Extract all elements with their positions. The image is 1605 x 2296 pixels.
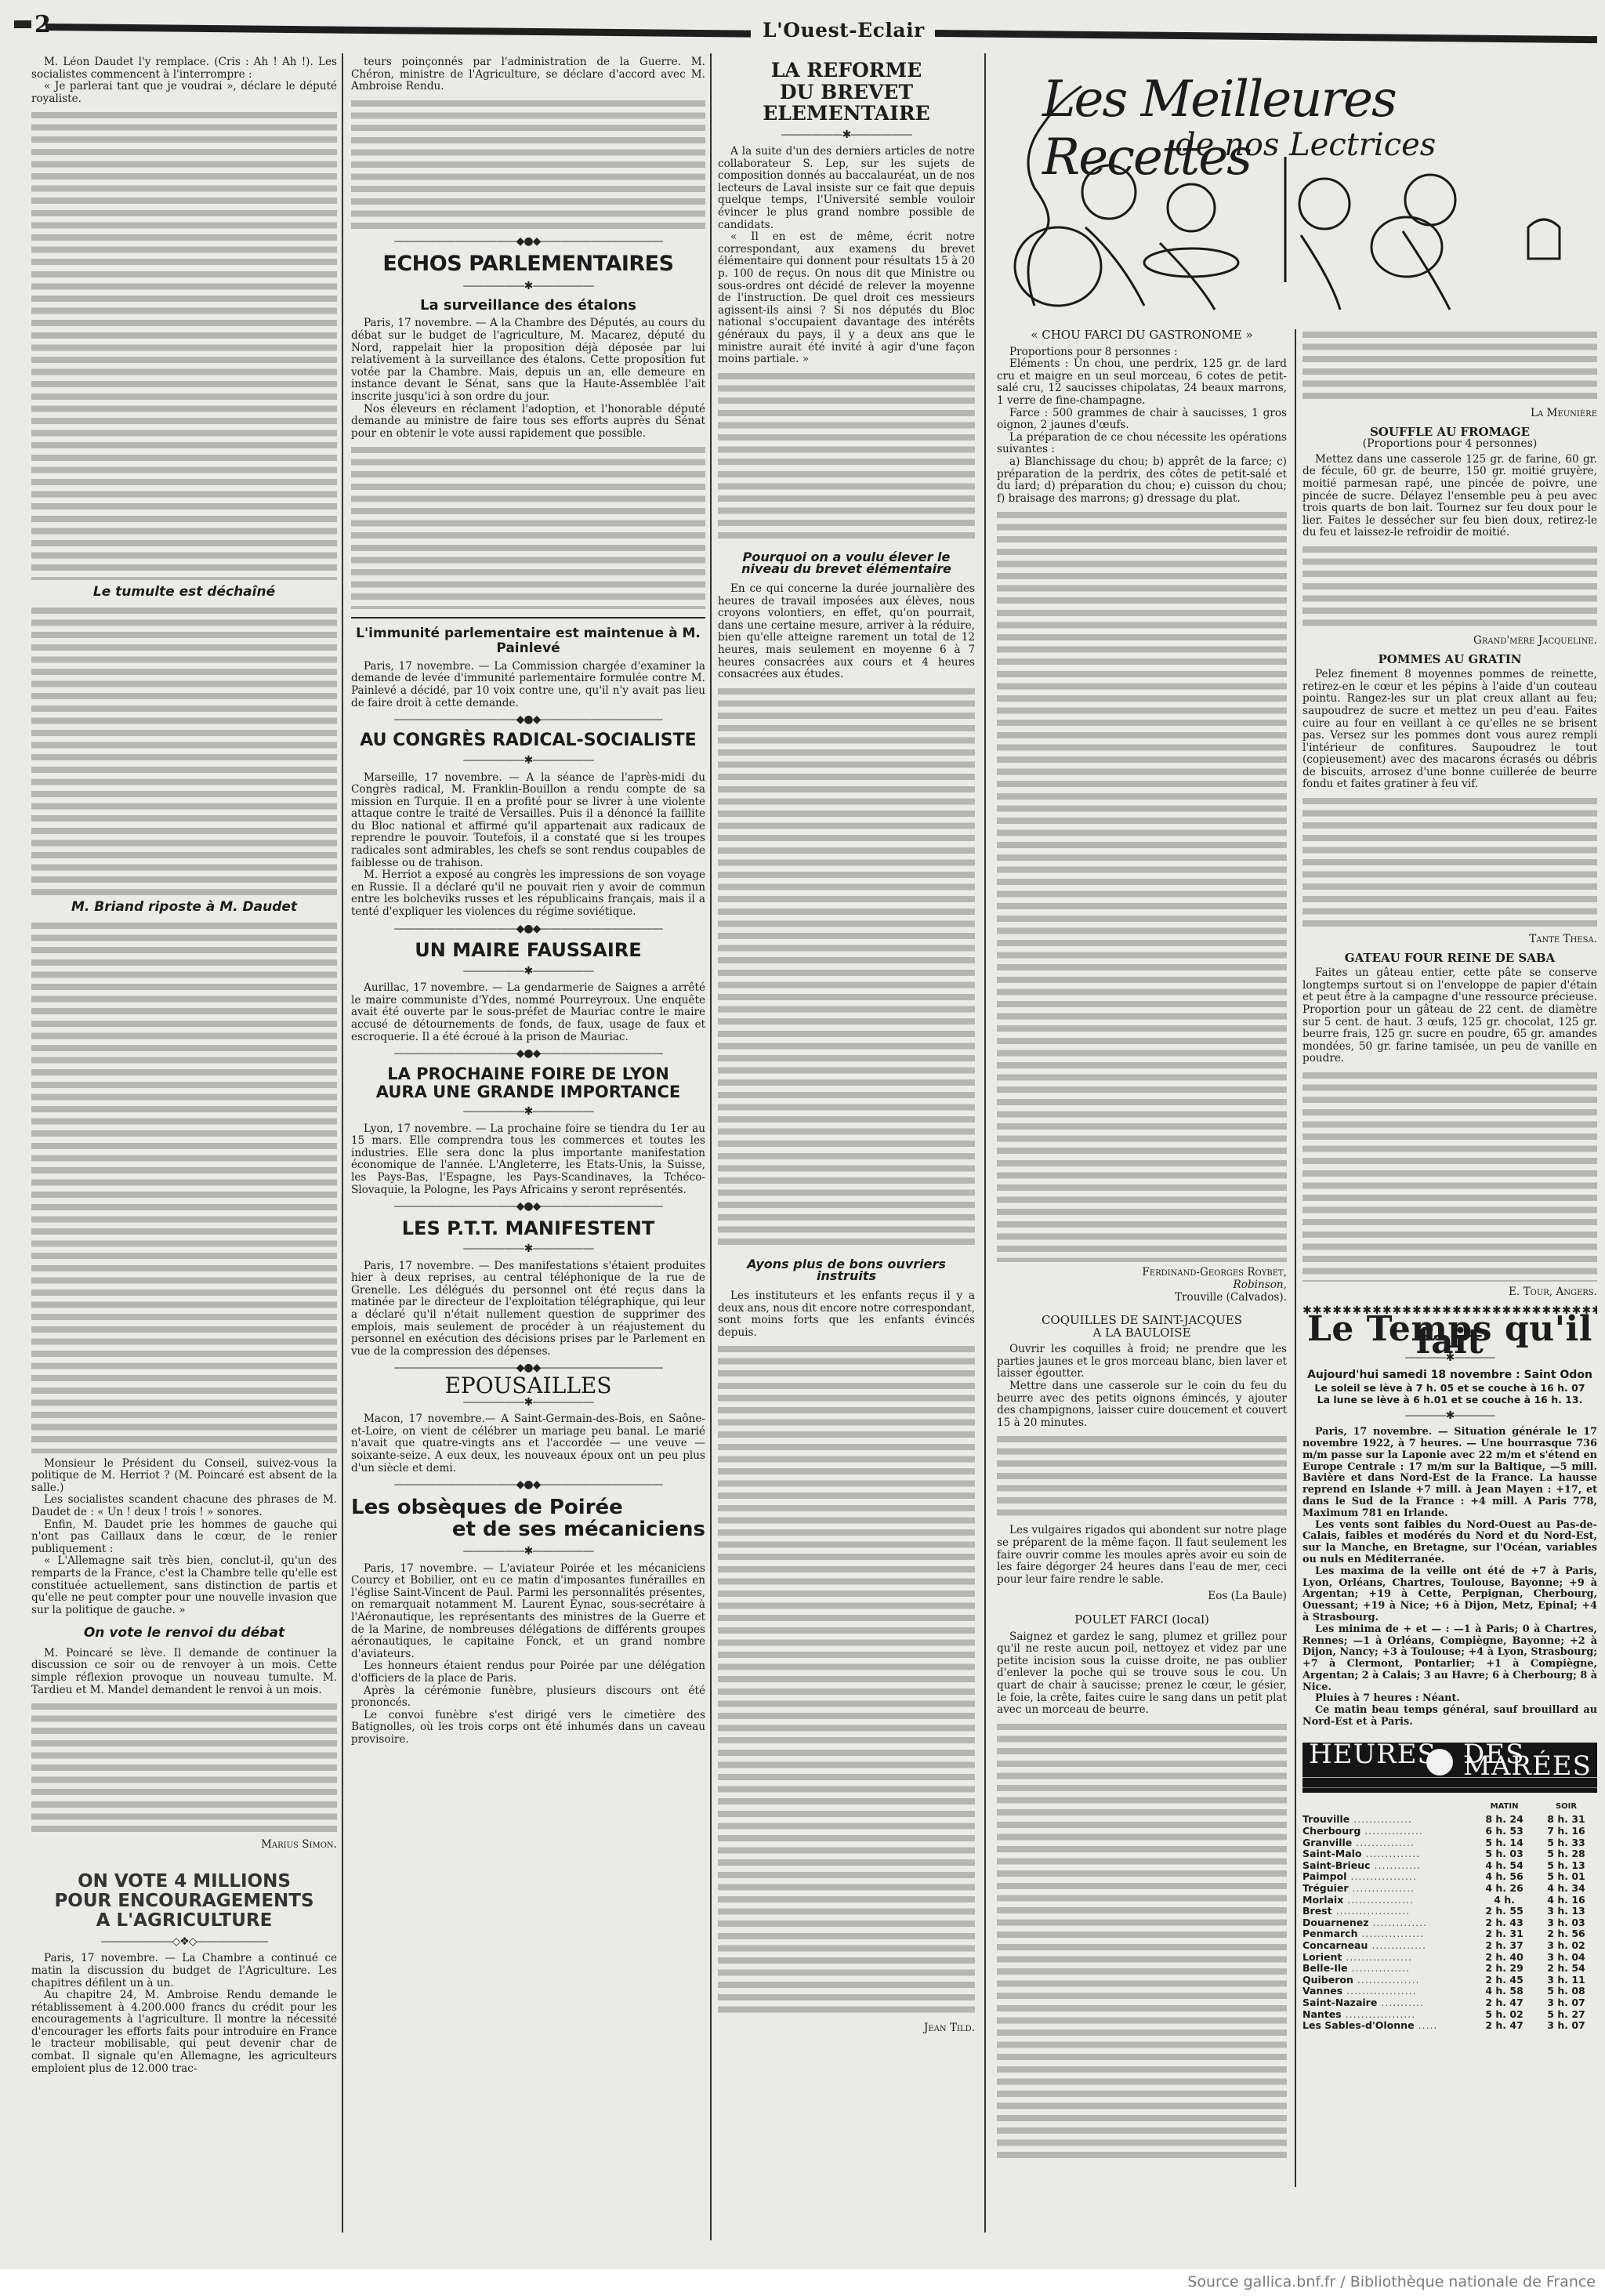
page-number-bar bbox=[14, 20, 31, 28]
headline-agriculture: ON VOTE 4 MILLIONS POUR ENCOURAGEMENTS A… bbox=[31, 1872, 337, 1931]
paragraph: Mettez dans une casserole 125 gr. de far… bbox=[1302, 454, 1597, 539]
leader-dots: ................ bbox=[1357, 1928, 1424, 1939]
paragraph: Eléments : Un chou, une perdrix, 125 gr.… bbox=[997, 358, 1287, 407]
tide-morning: 2 h. 43 bbox=[1473, 1917, 1535, 1929]
table-row: Vannes ..................4 h. 585 h. 08 bbox=[1302, 1986, 1597, 1997]
headline-line: et de ses mécaniciens bbox=[351, 1518, 705, 1541]
paragraph: Mettre dans une casserole sur le coin du… bbox=[997, 1380, 1287, 1429]
leader-dots: ........... bbox=[1377, 1997, 1424, 2008]
signature-chou: Ferdinand-Georges Roybet, Robinson, Trou… bbox=[997, 1267, 1287, 1304]
table-row: Granville ...............5 h. 145 h. 33 bbox=[1302, 1837, 1597, 1849]
body-text-filler bbox=[31, 110, 337, 580]
newspaper-title: L'Ouest-Eclair bbox=[763, 19, 925, 42]
paragraph: En ce qui concerne la durée journalière … bbox=[718, 583, 975, 681]
masthead: 2 L'Ouest-Eclair bbox=[14, 11, 1597, 45]
table-row: Paimpol .................4 h. 565 h. 01 bbox=[1302, 1871, 1597, 1883]
paragraph: Paris, 17 novembre. — L'aviateur Poirée … bbox=[351, 1563, 705, 1661]
masthead-rule-right bbox=[935, 30, 1597, 43]
tide-morning: 8 h. 24 bbox=[1473, 1814, 1535, 1826]
paragraph: La préparation de ce chou nécessite les … bbox=[997, 432, 1287, 456]
headline-line: LA PROCHAINE FOIRE DE LYON bbox=[351, 1065, 705, 1083]
leader-dots: ................. bbox=[1342, 1952, 1412, 1963]
tides-header-row: MATIN SOIR bbox=[1302, 1801, 1597, 1815]
paragraph: Ce matin beau temps général, sauf brouil… bbox=[1302, 1705, 1597, 1728]
leader-dots: .............. bbox=[1362, 1848, 1421, 1859]
column-recipes-2: La Meunière SOUFFLE AU FROMAGE (Proporti… bbox=[1302, 329, 1597, 2032]
tide-morning: 4 h. 58 bbox=[1473, 1986, 1535, 1997]
paragraph: Pelez finement 8 moyennes pommes de rein… bbox=[1302, 669, 1597, 791]
leader-dots: ................. bbox=[1343, 1895, 1414, 1906]
body-text-filler bbox=[31, 1701, 337, 1834]
tide-morning: 2 h. 47 bbox=[1473, 1997, 1535, 2009]
signature-line: Robinson, bbox=[997, 1279, 1287, 1292]
ornament-divider: ——————✱—————— bbox=[351, 966, 705, 978]
tide-morning: 2 h. 29 bbox=[1473, 1963, 1535, 1975]
column-echos: teurs poinçonnés par l'administration de… bbox=[351, 56, 705, 1746]
ornament-divider: ——————✱—————— bbox=[718, 129, 975, 142]
subheading-tumulte: Le tumulte est déchaîné bbox=[31, 586, 337, 599]
tide-port: Douarnenez .............. bbox=[1302, 1917, 1473, 1929]
paragraph: Les honneurs étaient rendus pour Poirée … bbox=[351, 1660, 705, 1685]
ornament-divider: ————————————◆●◆———————————— bbox=[351, 923, 705, 936]
column-divider bbox=[1295, 329, 1296, 2187]
tide-evening: 5 h. 28 bbox=[1535, 1848, 1597, 1860]
weather-day: Aujourd'hui samedi 18 novembre : Saint O… bbox=[1302, 1369, 1597, 1382]
paragraph: « Je parlerai tant que je voudrai », déc… bbox=[31, 81, 337, 105]
table-row: Lorient .................2 h. 403 h. 04 bbox=[1302, 1952, 1597, 1964]
tide-port: Vannes .................. bbox=[1302, 1986, 1473, 1997]
ornament-divider: ————————————◆●◆———————————— bbox=[351, 236, 705, 248]
port-name: Saint-Malo bbox=[1302, 1848, 1362, 1859]
tides-banner: HEURES DES MARÉES bbox=[1302, 1743, 1597, 1793]
paragraph: M. Poincaré se lève. Il demande de conti… bbox=[31, 1648, 337, 1696]
table-row: Trouville ...............8 h. 248 h. 31 bbox=[1302, 1814, 1597, 1826]
port-name: Les Sables-d'Olonne bbox=[1302, 2020, 1415, 2031]
leader-dots: .............. bbox=[1368, 1940, 1426, 1951]
tide-evening: 3 h. 03 bbox=[1535, 1917, 1597, 1929]
tide-port: Brest ................... bbox=[1302, 1906, 1473, 1917]
banner-subtitle: de nos Lectrices bbox=[1176, 127, 1436, 163]
body-text-filler bbox=[351, 444, 705, 609]
tide-port: Trouville ............... bbox=[1302, 1814, 1473, 1826]
signature-coquilles: Eos (La Baule) bbox=[997, 1591, 1287, 1603]
ornament-divider: ——————✱—————— bbox=[351, 1397, 705, 1409]
table-row: Belle-Ile ...............2 h. 292 h. 54 bbox=[1302, 1963, 1597, 1975]
tide-evening: 4 h. 34 bbox=[1535, 1883, 1597, 1895]
body-text-filler bbox=[997, 1434, 1287, 1520]
tide-port: Tréguier ................ bbox=[1302, 1883, 1473, 1895]
tide-morning: 4 h. 56 bbox=[1473, 1871, 1535, 1883]
port-name: Brest bbox=[1302, 1906, 1332, 1917]
leader-dots: ............... bbox=[1350, 1814, 1412, 1825]
tide-port: Lorient ................. bbox=[1302, 1952, 1473, 1964]
table-row: Tréguier ................4 h. 264 h. 34 bbox=[1302, 1883, 1597, 1895]
signature: E. Tour, Angers. bbox=[1302, 1286, 1597, 1299]
signature: Tante Thesa. bbox=[1302, 934, 1597, 946]
ornament-divider: ————————————◆●◆———————————— bbox=[351, 1048, 705, 1061]
signature-line: Ferdinand-Georges Roybet, bbox=[997, 1267, 1287, 1279]
subheading-etalons: La surveillance des étalons bbox=[351, 298, 705, 314]
tide-evening: 4 h. 16 bbox=[1535, 1895, 1597, 1906]
paragraph: Faites un gâteau entier, cette pâte se c… bbox=[1302, 967, 1597, 1065]
column-divider bbox=[342, 53, 343, 2233]
headline-ptt: LES P.T.T. MANIFESTENT bbox=[351, 1218, 705, 1239]
leader-dots: ............... bbox=[1360, 1826, 1423, 1837]
signature-line: Trouville (Calvados). bbox=[997, 1292, 1287, 1304]
column-header bbox=[1302, 1801, 1473, 1815]
paragraph: Les instituteurs et les enfants reçus il… bbox=[718, 1290, 975, 1339]
headline-maire: UN MAIRE FAUSSAIRE bbox=[351, 940, 705, 960]
divider bbox=[351, 617, 705, 618]
paragraph: Les minima de + et — : —1 à Paris; 0 à C… bbox=[1302, 1624, 1597, 1694]
paragraph: Après la cérémonie funèbre, plusieurs di… bbox=[351, 1685, 705, 1710]
body-text-filler bbox=[997, 1721, 1287, 2160]
tide-port: Penmarch ................ bbox=[1302, 1928, 1473, 1940]
recipe-title-chou: « CHOU FARCI DU GASTRONOME » bbox=[997, 329, 1287, 342]
tide-evening: 3 h. 07 bbox=[1535, 2020, 1597, 2032]
tide-morning: 2 h. 47 bbox=[1473, 2020, 1535, 2032]
paragraph: a) Blanchissage du chou; b) apprêt de la… bbox=[997, 456, 1287, 505]
table-row: Saint-Brieuc ............4 h. 545 h. 13 bbox=[1302, 1860, 1597, 1872]
headline-line: A L'AGRICULTURE bbox=[31, 1911, 337, 1931]
tide-morning: 4 h. bbox=[1473, 1895, 1535, 1906]
tide-evening: 5 h. 33 bbox=[1535, 1837, 1597, 1849]
tide-port: Cherbourg ............... bbox=[1302, 1826, 1473, 1837]
recipe-subtitle-souffle: (Proportions pour 4 personnes) bbox=[1302, 438, 1597, 451]
paragraph: Les vents sont faibles du Nord-Ouest au … bbox=[1302, 1520, 1597, 1566]
tide-port: Belle-Ile ............... bbox=[1302, 1963, 1473, 1975]
weather-bulletin: Paris, 17 novembre. — Situation générale… bbox=[1302, 1427, 1597, 1728]
ornament-divider: ————✱———— bbox=[1302, 1410, 1597, 1423]
column-parliament-debate: M. Léon Daudet l'y remplace. (Cris : Ah … bbox=[31, 56, 337, 2075]
table-row: Morlaix .................4 h.4 h. 16 bbox=[1302, 1895, 1597, 1906]
body-text-filler bbox=[997, 510, 1287, 1262]
sun-icon bbox=[1426, 1749, 1453, 1776]
tide-morning: 2 h. 31 bbox=[1473, 1928, 1535, 1940]
table-row: Concarneau ..............2 h. 373 h. 02 bbox=[1302, 1940, 1597, 1952]
tide-evening: 5 h. 27 bbox=[1535, 2009, 1597, 2021]
ornament-divider: ——————✱—————— bbox=[351, 1546, 705, 1558]
port-name: Trouville bbox=[1302, 1814, 1350, 1825]
leader-dots: ................ bbox=[1349, 1883, 1415, 1894]
tides-table: MATIN SOIR Trouville ...............8 h.… bbox=[1302, 1801, 1597, 2032]
column-brevet: LA REFORME DU BREVET ELEMENTAIRE ——————✱… bbox=[718, 56, 975, 2041]
paragraph: Pluies à 7 heures : Néant. bbox=[1302, 1693, 1597, 1705]
tide-port: Les Sables-d'Olonne ..... bbox=[1302, 2020, 1473, 2032]
tide-evening: 3 h. 11 bbox=[1535, 1975, 1597, 1986]
paragraph: Les vulgaires rigados qui abondent sur n… bbox=[997, 1525, 1287, 1586]
paragraph: Saignez et gardez le sang, plumez et gri… bbox=[997, 1631, 1287, 1717]
subheading-renvoi: On vote le renvoi du débat bbox=[31, 1627, 337, 1640]
tide-morning: 5 h. 14 bbox=[1473, 1837, 1535, 1849]
port-name: Penmarch bbox=[1302, 1928, 1357, 1939]
tide-port: Granville ............... bbox=[1302, 1837, 1473, 1849]
body-text-filler bbox=[718, 371, 975, 543]
tide-port: Quiberon ................ bbox=[1302, 1975, 1473, 1986]
recipe-title-coquilles: COQUILLES DE SAINT-JACQUES A LA BAULOISE bbox=[997, 1315, 1287, 1339]
body-text-filler bbox=[351, 98, 705, 231]
paragraph: Macon, 17 novembre.— A Saint-Germain-des… bbox=[351, 1413, 705, 1474]
tides-banner-right: DES MARÉES bbox=[1463, 1749, 1597, 1773]
port-name: Saint-Nazaire bbox=[1302, 1997, 1377, 2008]
tides-body: Trouville ...............8 h. 248 h. 31C… bbox=[1302, 1814, 1597, 2031]
tide-morning: 2 h. 37 bbox=[1473, 1940, 1535, 1952]
paragraph: Proportions pour 8 personnes : bbox=[997, 346, 1287, 359]
newspaper-page: 2 L'Ouest-Eclair M. Léon Daudet l'y remp… bbox=[0, 0, 1605, 2269]
tide-port: Nantes .................. bbox=[1302, 2009, 1473, 2021]
port-name: Quiberon bbox=[1302, 1975, 1353, 1986]
body-text-filler bbox=[718, 686, 975, 1250]
headline-echos: ECHOS PARLEMENTAIRES bbox=[351, 252, 705, 276]
tide-morning: 5 h. 03 bbox=[1473, 1848, 1535, 1860]
waves-icon bbox=[1302, 1777, 1597, 1788]
weather-sun: Le soleil se lève à 7 h. 05 et se couche… bbox=[1302, 1382, 1597, 1394]
table-row: Penmarch ................2 h. 312 h. 56 bbox=[1302, 1928, 1597, 1940]
paragraph: Farce : 500 grammes de chair à saucisses… bbox=[997, 408, 1287, 432]
headline-line: POUR ENCOURAGEMENTS bbox=[31, 1892, 337, 1911]
headline-line: LA REFORME bbox=[718, 60, 975, 82]
tide-evening: 3 h. 13 bbox=[1535, 1906, 1597, 1917]
body-text-filler bbox=[1302, 544, 1597, 630]
port-name: Granville bbox=[1302, 1837, 1352, 1848]
port-name: Belle-Ile bbox=[1302, 1963, 1348, 1974]
tide-evening: 2 h. 56 bbox=[1535, 1928, 1597, 1940]
column-divider bbox=[710, 53, 712, 2240]
leader-dots: .............. bbox=[1369, 1917, 1428, 1928]
paragraph: M. Léon Daudet l'y remplace. (Cris : Ah … bbox=[31, 56, 337, 81]
tide-evening: 3 h. 02 bbox=[1535, 1940, 1597, 1952]
tide-evening: 3 h. 04 bbox=[1535, 1952, 1597, 1964]
headline-foire: LA PROCHAINE FOIRE DE LYON AURA UNE GRAN… bbox=[351, 1065, 705, 1101]
tide-evening: 5 h. 08 bbox=[1535, 1986, 1597, 1997]
paragraph: A la suite d'un des derniers articles de… bbox=[718, 146, 975, 231]
weather-title: Le Temps qu'il fait bbox=[1302, 1323, 1597, 1347]
port-name: Douarnenez bbox=[1302, 1917, 1369, 1928]
leader-dots: .................. bbox=[1342, 2009, 1416, 2020]
ornament-divider: ——————✱—————— bbox=[351, 1243, 705, 1256]
tide-port: Saint-Brieuc ............ bbox=[1302, 1860, 1473, 1872]
paragraph: Au chapitre 24, M. Ambroise Rendu demand… bbox=[31, 1990, 337, 2075]
body-text-filler bbox=[31, 920, 337, 1453]
port-name: Concarneau bbox=[1302, 1940, 1368, 1951]
recipe-title-gateau: GATEAU FOUR REINE DE SABA bbox=[1302, 952, 1597, 965]
port-name: Paimpol bbox=[1302, 1871, 1346, 1882]
ornament-divider: ————✱———— bbox=[1302, 1352, 1597, 1365]
port-name: Lorient bbox=[1302, 1952, 1342, 1963]
subheading-ouvriers: Ayons plus de bons ouvriers instruits bbox=[718, 1258, 975, 1282]
ornament-divider: ————————————◆●◆———————————— bbox=[351, 1479, 705, 1492]
table-row: Cherbourg ...............6 h. 537 h. 16 bbox=[1302, 1826, 1597, 1837]
port-name: Tréguier bbox=[1302, 1883, 1349, 1894]
tide-evening: 8 h. 31 bbox=[1535, 1814, 1597, 1826]
recipe-title-souffle: SOUFFLE AU FROMAGE bbox=[1302, 426, 1597, 439]
tide-port: Saint-Malo .............. bbox=[1302, 1848, 1473, 1860]
tide-morning: 2 h. 40 bbox=[1473, 1952, 1535, 1964]
weather-moon: La lune se lève à 6 h.01 et se couche à … bbox=[1302, 1394, 1597, 1406]
ornament-divider: ———————◇❖◇——————— bbox=[31, 1936, 337, 1949]
paragraph: teurs poinçonnés par l'administration de… bbox=[351, 56, 705, 93]
port-name: Vannes bbox=[1302, 1986, 1342, 1997]
body-text-filler bbox=[1302, 329, 1597, 404]
paragraph: Paris, 17 novembre. — La Commission char… bbox=[351, 661, 705, 709]
tide-morning: 4 h. 26 bbox=[1473, 1883, 1535, 1895]
tide-port: Saint-Nazaire ........... bbox=[1302, 1997, 1473, 2009]
column-header: SOIR bbox=[1535, 1801, 1597, 1815]
paragraph: Monsieur le Président du Conseil, suivez… bbox=[31, 1458, 337, 1495]
recipes-illustration: Les Meilleures Recettes de nos Lectrices bbox=[1011, 55, 1599, 314]
ornament-divider: ————————————◆●◆———————————— bbox=[351, 1201, 705, 1213]
headline-line: AURA UNE GRANDE IMPORTANCE bbox=[351, 1083, 705, 1101]
body-text-filler bbox=[31, 605, 337, 895]
paragraph: Les maxima de la veille ont été de +7 à … bbox=[1302, 1566, 1597, 1624]
ornament-divider: ——————✱—————— bbox=[351, 1106, 705, 1119]
leader-dots: ................ bbox=[1353, 1975, 1420, 1986]
table-row: Saint-Nazaire ...........2 h. 473 h. 07 bbox=[1302, 1997, 1597, 2009]
paragraph: Paris, 17 novembre. — A la Chambre des D… bbox=[351, 317, 705, 403]
signature: Jean Tild. bbox=[718, 2022, 975, 2035]
headline-line: DU BREVET ELEMENTAIRE bbox=[718, 82, 975, 125]
subheading-briand: M. Briand riposte à M. Daudet bbox=[31, 901, 337, 914]
source-credit: Source gallica.bnf.fr / Bibliothèque nat… bbox=[1187, 2273, 1596, 2291]
column-recipes-1: « CHOU FARCI DU GASTRONOME » Proportions… bbox=[997, 329, 1287, 2165]
table-row: Douarnenez ..............2 h. 433 h. 03 bbox=[1302, 1917, 1597, 1929]
table-row: Quiberon ................2 h. 453 h. 11 bbox=[1302, 1975, 1597, 1986]
paragraph: Ouvrir les coquilles à froid; ne prendre… bbox=[997, 1344, 1287, 1380]
paragraph: Nos éleveurs en réclament l'adoption, et… bbox=[351, 404, 705, 441]
recipe-title-poulet: POULET FARCI (local) bbox=[997, 1614, 1287, 1627]
paragraph: « Il en est de même, écrit notre corresp… bbox=[718, 231, 975, 366]
leader-dots: ................... bbox=[1332, 1906, 1410, 1917]
tide-morning: 2 h. 55 bbox=[1473, 1906, 1535, 1917]
paragraph: Paris, 17 novembre. — Situation générale… bbox=[1302, 1427, 1597, 1519]
tide-port: Concarneau .............. bbox=[1302, 1940, 1473, 1952]
headline-epousailles: EPOUSAILLES bbox=[351, 1380, 705, 1392]
subheading-painleve: L'immunité parlementaire est maintenue à… bbox=[351, 626, 705, 655]
masthead-rule-left bbox=[45, 24, 751, 38]
body-text-filler bbox=[718, 1344, 975, 2018]
paragraph: Paris, 17 novembre. — Des manifestations… bbox=[351, 1260, 705, 1358]
ornament-divider: ————————————◆●◆———————————— bbox=[351, 714, 705, 727]
paragraph: « L'Allemagne sait très bien, conclut-il… bbox=[31, 1555, 337, 1616]
leader-dots: .................. bbox=[1342, 1986, 1417, 1997]
paragraph: Aurillac, 17 novembre. — La gendarmerie … bbox=[351, 982, 705, 1043]
ornament-divider: ——————✱—————— bbox=[351, 755, 705, 767]
paragraph: Le convoi funèbre s'est dirigé vers le c… bbox=[351, 1710, 705, 1746]
headline-congres: AU CONGRÈS RADICAL-SOCIALISTE bbox=[351, 731, 705, 750]
leader-dots: ..... bbox=[1415, 2020, 1438, 2031]
leader-dots: ............... bbox=[1348, 1963, 1411, 1974]
headline-line: Les obsèques de Poirée bbox=[351, 1496, 705, 1519]
paragraph: Marseille, 17 novembre. — A la séance de… bbox=[351, 772, 705, 870]
tide-port: Paimpol ................. bbox=[1302, 1871, 1473, 1883]
tide-evening: 7 h. 16 bbox=[1535, 1826, 1597, 1837]
signature: Marius Simon. bbox=[31, 1839, 337, 1852]
paragraph: M. Herriot a exposé au congrès les impre… bbox=[351, 869, 705, 918]
headline-poiree: Les obsèques de Poirée et de ses mécanic… bbox=[351, 1496, 705, 1541]
recipe-title-pommes: POMMES AU GRATIN bbox=[1302, 654, 1597, 666]
leader-dots: ................. bbox=[1346, 1871, 1417, 1882]
tide-evening: 5 h. 01 bbox=[1535, 1871, 1597, 1883]
paragraph: Enfin, M. Daudet prie les hommes de gauc… bbox=[31, 1519, 337, 1556]
paragraph: Paris, 17 novembre. — La Chambre a conti… bbox=[31, 1953, 337, 1990]
leader-dots: ............ bbox=[1371, 1860, 1422, 1871]
port-name: Cherbourg bbox=[1302, 1826, 1360, 1837]
table-row: Saint-Malo ..............5 h. 035 h. 28 bbox=[1302, 1848, 1597, 1860]
leader-dots: ............... bbox=[1352, 1837, 1415, 1848]
signature: Grand'mère Jacqueline. bbox=[1302, 635, 1597, 647]
subheading-brevet: Pourquoi on a voulu élever le niveau du … bbox=[718, 551, 975, 575]
body-text-filler bbox=[1302, 1070, 1597, 1282]
table-row: Brest ...................2 h. 553 h. 13 bbox=[1302, 1906, 1597, 1917]
tide-evening: 2 h. 54 bbox=[1535, 1963, 1597, 1975]
tide-morning: 2 h. 45 bbox=[1473, 1975, 1535, 1986]
ornament-divider: ——————✱—————— bbox=[351, 281, 705, 293]
column-header: MATIN bbox=[1473, 1801, 1535, 1815]
headline-line: ON VOTE 4 MILLIONS bbox=[31, 1872, 337, 1892]
signature: La Meunière bbox=[1302, 408, 1597, 420]
title-line: A LA BAULOISE bbox=[997, 1327, 1287, 1340]
tides-banner-left: HEURES bbox=[1309, 1749, 1437, 1761]
port-name: Saint-Brieuc bbox=[1302, 1860, 1371, 1871]
port-name: Nantes bbox=[1302, 2009, 1342, 2020]
table-row: Nantes ..................5 h. 025 h. 27 bbox=[1302, 2009, 1597, 2021]
tide-morning: 6 h. 53 bbox=[1473, 1826, 1535, 1837]
port-name: Morlaix bbox=[1302, 1895, 1343, 1906]
column-divider bbox=[984, 53, 986, 2233]
body-text-filler bbox=[1302, 796, 1597, 929]
tide-morning: 4 h. 54 bbox=[1473, 1860, 1535, 1872]
paragraph: Les socialistes scandent chacune des phr… bbox=[31, 1494, 337, 1518]
paragraph: Lyon, 17 novembre. — La prochaine foire … bbox=[351, 1123, 705, 1197]
tide-morning: 5 h. 02 bbox=[1473, 2009, 1535, 2021]
table-row: Les Sables-d'Olonne .....2 h. 473 h. 07 bbox=[1302, 2020, 1597, 2032]
tide-port: Morlaix ................. bbox=[1302, 1895, 1473, 1906]
tide-evening: 5 h. 13 bbox=[1535, 1860, 1597, 1872]
tide-evening: 3 h. 07 bbox=[1535, 1997, 1597, 2009]
headline-brevet: LA REFORME DU BREVET ELEMENTAIRE bbox=[718, 60, 975, 125]
